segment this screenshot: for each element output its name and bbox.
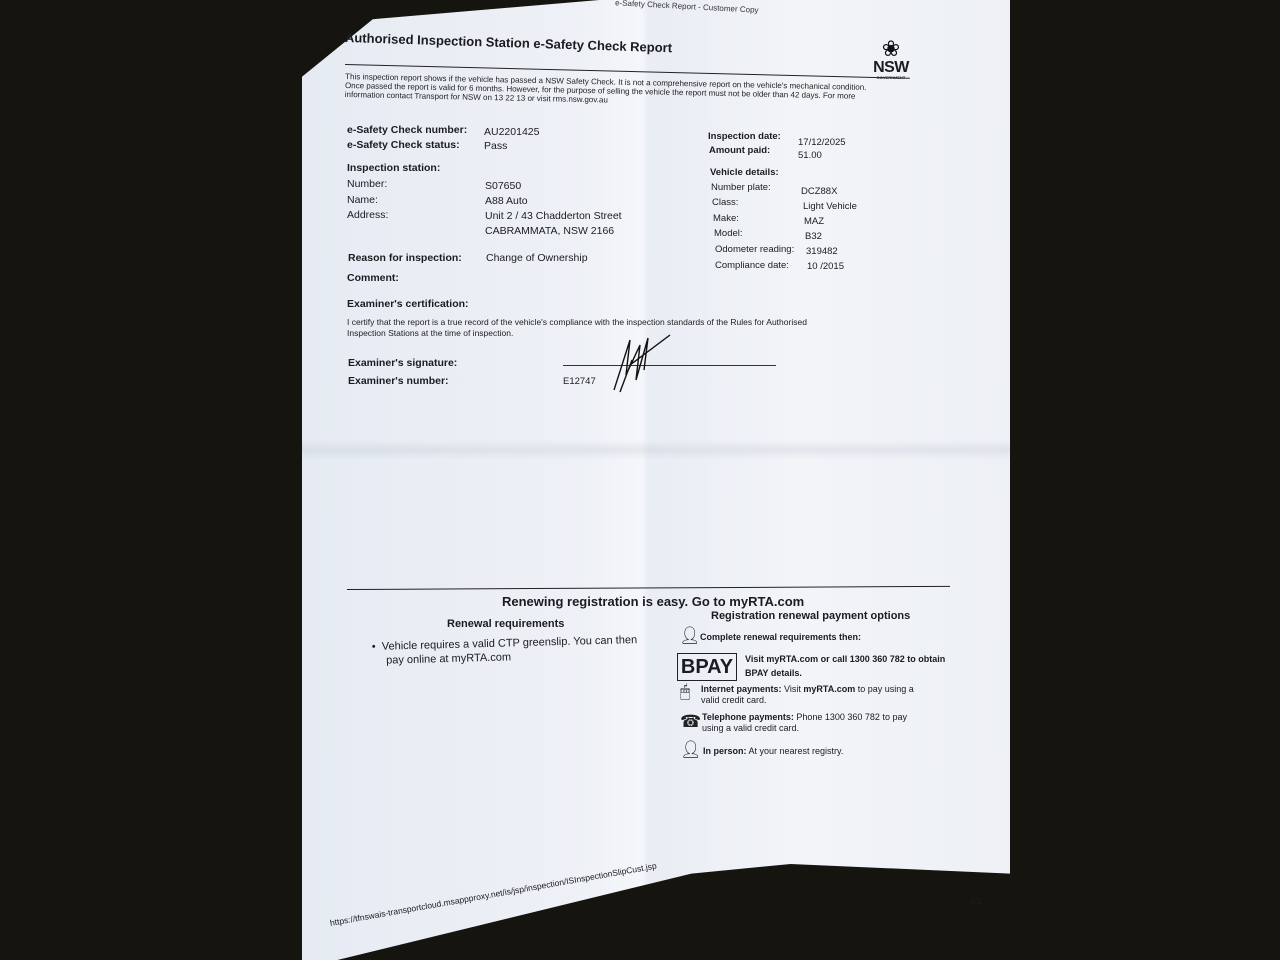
model-label: Model: [714, 228, 743, 239]
amount-paid: 51.00 [798, 150, 822, 161]
station-number: S07650 [485, 180, 521, 192]
examiner-number-label: Examiner's number: [348, 375, 449, 387]
station-address-label: Address: [347, 209, 388, 221]
inspection-date-label: Inspection date: [708, 131, 781, 142]
signature-label: Examiner's signature: [348, 357, 457, 369]
certification-text: I certify that the report is a true reco… [347, 317, 807, 339]
plate-label: Number plate: [711, 182, 771, 193]
check-status-label: e-Safety Check status: [347, 139, 460, 151]
intro-text: This inspection report shows if the vehi… [345, 72, 867, 110]
bpay-line: Visit myRTA.com or call 1300 360 782 to … [745, 654, 945, 665]
station-name: A88 Auto [485, 195, 528, 207]
make-value: MAZ [804, 216, 824, 227]
certification-heading: Examiner's certification: [347, 298, 469, 310]
payment-option-in-person: In person: At your nearest registry. [703, 746, 843, 757]
payment-option-telephone: Telephone payments: Phone 1300 360 782 t… [702, 712, 907, 734]
bpay-logo: BPAY [677, 653, 737, 681]
station-address-line1: Unit 2 / 43 Chadderton Street [485, 210, 622, 222]
reason-label: Reason for inspection: [348, 252, 462, 264]
option-text: to pay using a [855, 684, 914, 694]
requirements-heading: Renewal requirements [447, 618, 564, 630]
amount-paid-label: Amount paid: [709, 145, 770, 156]
class-label: Class: [712, 197, 738, 208]
person-icon: 👤︎ [680, 740, 702, 760]
reason-value: Change of Ownership [486, 252, 588, 264]
payment-options-heading: Registration renewal payment options [711, 610, 910, 622]
bullet-icon: • [372, 641, 382, 653]
option-text: Phone 1300 360 782 to pay [794, 712, 907, 722]
payment-option-internet: Internet payments: Visit myRTA.com to pa… [701, 684, 914, 706]
check-number-label: e-Safety Check number: [347, 124, 467, 136]
option-link: myRTA.com [803, 684, 855, 694]
compliance-label: Compliance date: [715, 260, 789, 271]
odometer-label: Odometer reading: [715, 244, 794, 255]
class-value: Light Vehicle [803, 201, 857, 212]
station-heading: Inspection station: [347, 162, 440, 174]
requirement-item: • Vehicle requires a valid CTP greenslip… [372, 633, 638, 668]
check-number: AU2201425 [484, 126, 539, 138]
person-icon: 👤︎ [679, 626, 701, 646]
bpay-line: BPAY details. [745, 668, 802, 679]
check-status: Pass [484, 140, 507, 152]
option-text: Visit [782, 684, 804, 694]
certification-line: I certify that the report is a true reco… [347, 317, 807, 328]
nsw-logo: ❀ NSW GOVERNMENT [866, 38, 916, 80]
section-rule [347, 586, 950, 590]
odometer-value: 319482 [806, 246, 838, 257]
copy-label: e-Safety Check Report - Customer Copy [615, 0, 759, 15]
examiner-signature [600, 330, 680, 400]
waratah-flower-icon: ❀ [866, 38, 916, 60]
examiner-number: E12747 [563, 376, 596, 387]
option-text: At your nearest registry. [747, 746, 844, 756]
station-number-label: Number: [347, 178, 387, 190]
comment-label: Comment: [347, 272, 399, 284]
certification-line: Inspection Stations at the time of inspe… [347, 328, 807, 339]
report-content: e-Safety Check Report - Customer Copy Au… [0, 0, 1280, 960]
vehicle-heading: Vehicle details: [710, 167, 779, 178]
renewal-headline: Renewing registration is easy. Go to myR… [502, 594, 804, 609]
mouse-icon: 🖱︎ [680, 682, 690, 702]
payment-option-complete: Complete renewal requirements then: [700, 632, 861, 643]
footer-url: https://tfnswais-transportcloud.msapppro… [329, 861, 657, 928]
option-text: using a valid credit card. [702, 723, 907, 734]
model-value: B32 [805, 231, 822, 242]
page-number: 1/1 [970, 896, 982, 906]
option-title: Telephone payments: [702, 712, 794, 722]
station-address-line2: CABRAMMATA, NSW 2166 [485, 225, 614, 237]
station-name-label: Name: [347, 194, 378, 206]
option-text: valid credit card. [701, 695, 914, 706]
option-title: In person: [703, 746, 747, 756]
make-label: Make: [713, 213, 739, 224]
nsw-wordmark: NSW [866, 60, 916, 75]
report-title: Authorised Inspection Station e-Safety C… [345, 30, 673, 55]
telephone-icon: ☎ [680, 712, 701, 732]
compliance-value: 10 /2015 [807, 261, 844, 272]
option-title: Internet payments: [701, 684, 782, 694]
inspection-date: 17/12/2025 [798, 137, 846, 148]
plate-value: DCZ88X [801, 186, 837, 197]
